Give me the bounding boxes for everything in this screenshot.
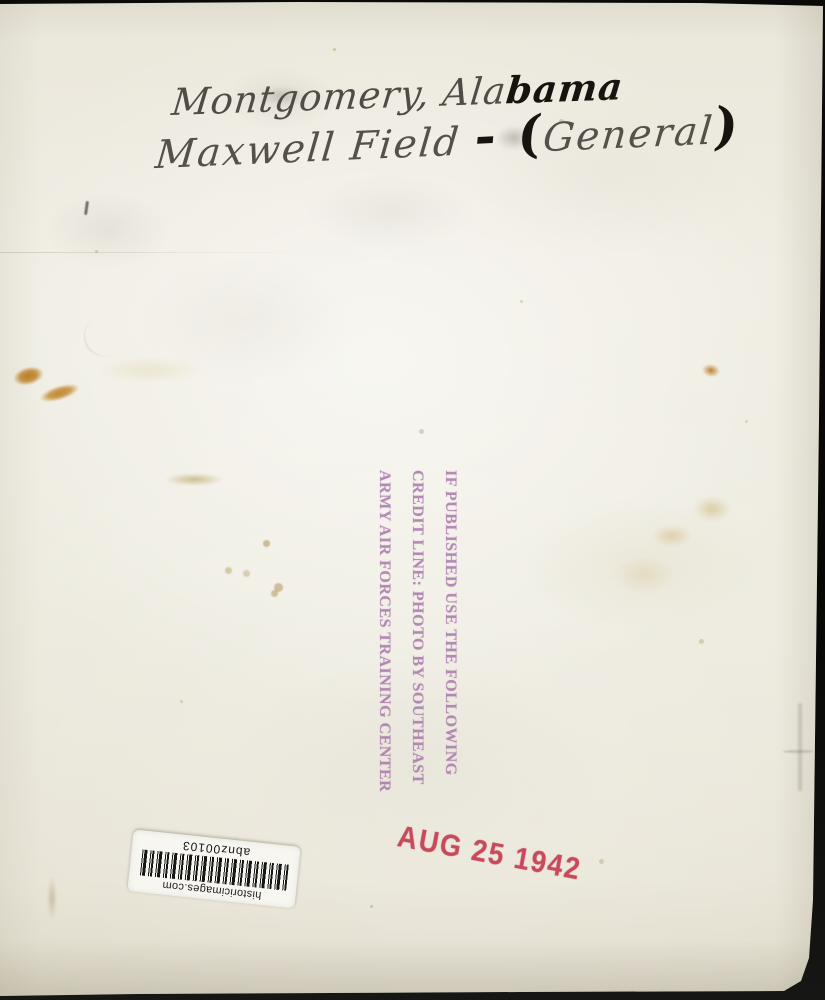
stain-left-lower [38, 380, 81, 405]
faint-arc-mark [77, 308, 133, 363]
scuff-right-horizontal [783, 750, 813, 753]
date-received-stamp: AUG 25 1942 [395, 818, 585, 887]
handwriting-light-text: Maxwell Field [153, 119, 476, 178]
paper-crease [0, 252, 320, 253]
pencil-tick-mark [84, 201, 89, 215]
stain-bottom-left-streak [47, 876, 57, 920]
handwriting-dash-open-paren: - ( [472, 103, 546, 166]
stain-olive-streak [165, 473, 223, 486]
credit-line-rubber-stamp: IF PUBLISHED USE THE FOLLOWING CREDIT LI… [367, 470, 467, 720]
credit-stamp-line1: IF PUBLISHED USE THE FOLLOWING [434, 470, 467, 720]
handwriting-word-general: General [541, 109, 716, 162]
handwriting-close-paren: ) [711, 94, 743, 155]
speck-cluster [263, 540, 270, 547]
paper-specks [333, 48, 336, 51]
stain-tan-right-2 [652, 525, 692, 547]
stain-tan-right-1 [693, 496, 731, 522]
stain-left-upper [11, 364, 45, 389]
stain-right-edge-spot [701, 363, 721, 379]
credit-stamp-line2: CREDIT LINE: PHOTO BY SOUTHEAST [401, 470, 434, 720]
stain-tan-right-3 [615, 558, 673, 592]
photo-back-paper: Montgomery, Alabama Maxwell Field - (Gen… [0, 0, 825, 1000]
credit-stamp-line3: ARMY AIR FORCES TRAINING CENTER [368, 470, 401, 720]
inventory-barcode-label: historicimages.com abnz00103 [127, 829, 301, 908]
scuff-right-vertical [798, 703, 802, 791]
